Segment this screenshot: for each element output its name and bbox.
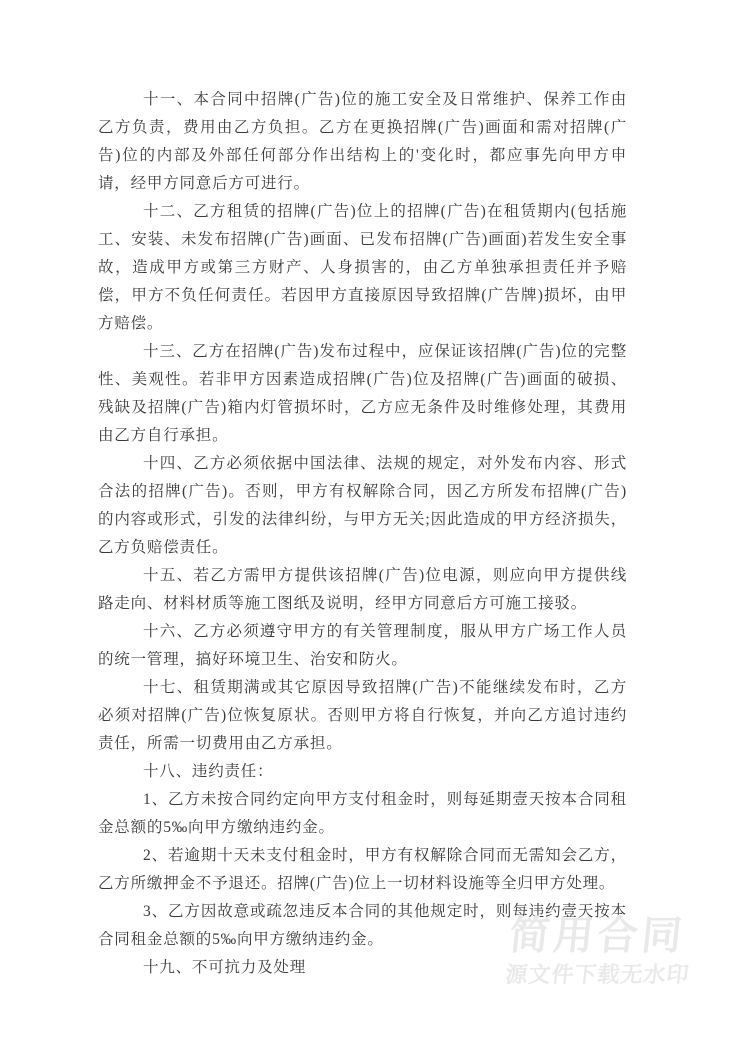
watermark-tagline-text: 源文件下载无水印 (504, 963, 691, 989)
contract-clause-12: 十二、乙方租赁的招牌(广告)位上的招牌(广告)在租赁期内(包括施工、安装、未发布… (98, 198, 627, 338)
contract-clause-18-heading: 十八、违约责任： (98, 758, 627, 786)
contract-clause-14: 十四、乙方必须依据中国法律、法规的规定，对外发布内容、形式合法的招牌(广告)。否… (98, 450, 627, 562)
contract-clause-18-item-2: 2、若逾期十天未支付租金时，甲方有权解除合同而无需知会乙方，乙方所缴押金不予退还… (98, 842, 627, 898)
watermark-brand-text: 简用合同 (507, 914, 696, 958)
contract-clause-16: 十六、乙方必须遵守甲方的有关管理制度，服从甲方广场工作人员的统一管理，搞好环境卫… (98, 618, 627, 674)
contract-clause-11: 十一、本合同中招牌(广告)位的施工安全及日常维护、保养工作由乙方负责，费用由乙方… (98, 86, 627, 198)
contract-clause-17: 十七、租赁期满或其它原因导致招牌(广告)不能继续发布时，乙方必须对招牌(广告)位… (98, 674, 627, 758)
contract-clause-13: 十三、乙方在招牌(广告)发布过程中，应保证该招牌(广告)位的完整性、美观性。若非… (98, 338, 627, 450)
contract-body: 十一、本合同中招牌(广告)位的施工安全及日常维护、保养工作由乙方负责，费用由乙方… (98, 86, 627, 982)
contract-clause-18-item-1: 1、乙方未按合同约定向甲方支付租金时，则每延期壹天按本合同租金总额的5‰向甲方缴… (98, 786, 627, 842)
contract-document-page: 十一、本合同中招牌(广告)位的施工安全及日常维护、保养工作由乙方负责，费用由乙方… (0, 0, 742, 1049)
contract-clause-15: 十五、若乙方需甲方提供该招牌(广告)位电源，则应向甲方提供线路走向、材料材质等施… (98, 562, 627, 618)
watermark: 简用合同 源文件下载无水印 (504, 914, 696, 989)
